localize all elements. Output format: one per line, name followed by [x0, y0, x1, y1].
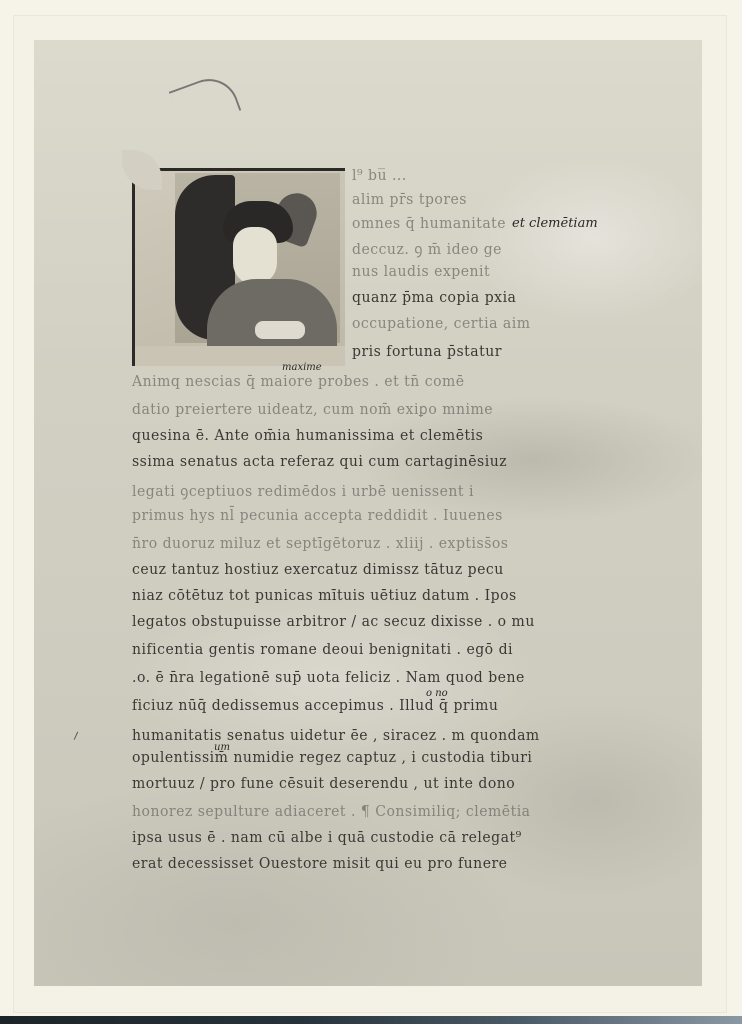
text-line: datio preiertere uideatz, cum nom̄ exiꝑo…	[132, 402, 493, 419]
column-line: nus laudis expenit	[352, 264, 490, 281]
portrait-face-icon	[233, 227, 277, 285]
illuminated-initial	[132, 168, 345, 366]
pen-flourish-icon	[169, 71, 242, 132]
text-line: primus hys nl̄ pecunia accepta reddidit …	[132, 508, 503, 525]
text-line: .o. ē n̄ra legationē sup̄ uota feliciz .…	[132, 670, 525, 687]
column-line: l⁹ bu̅ ...	[352, 168, 407, 185]
text-line: legatos obstupuisse arbitror / ac secuz …	[132, 614, 535, 631]
margin-mark-icon: ⸝	[66, 719, 83, 745]
text-line: opulentissim̄ numidie regez captuz , i c…	[132, 750, 532, 767]
column-line: deccuz. ꝯ m̄ ideo ge	[352, 240, 502, 260]
text-line: ipsa usus ē . nam cū albe i quā custodie…	[132, 830, 522, 847]
text-line: nificentia gentis romane deoui benignita…	[132, 642, 513, 659]
text-line: ssima senatus acta referaz qui cum carta…	[132, 454, 507, 471]
text-line: honorez sepulture adiaceret . ¶ Consimil…	[132, 804, 531, 821]
text-line: quesina ē. Ante om̄ia humanissima et cle…	[132, 428, 483, 445]
column-line: quanz p̄ma copia pxia	[352, 290, 516, 307]
text-line: Animq nescias q̄ maiore probes . et tn̄ …	[132, 374, 465, 391]
hands-icon	[255, 321, 305, 339]
manuscript-photo: l⁹ bu̅ ... alim pr̄s tpores omnes q̄ hum…	[34, 40, 702, 986]
text-line: n̄ro duoruz miluz et septīgētoruz . xlii…	[132, 536, 509, 553]
column-line: occupatione, certia aim	[352, 316, 531, 333]
interlinear-gloss: maxime	[282, 362, 322, 373]
text-line: ceuz tantuz hostiuz exercatuz dimissz tā…	[132, 562, 504, 579]
text-line: humanitatis senatus uidetur ēe , siracez…	[132, 728, 540, 745]
column-line: omnes q̄ humanitate	[352, 216, 506, 233]
text-line: legati ꝯceptiuos redimēdos i urbē ueniss…	[132, 482, 474, 502]
text-line: niaz cōtētuz tot punicas mītuis uētiuz d…	[132, 588, 517, 605]
marginal-gloss: et clemētiam	[512, 216, 598, 231]
text-line: ficiuz nūq̄ dedissemus accepimus . Illud…	[132, 698, 498, 715]
column-line: pris fortuna p̄statur	[352, 344, 502, 361]
acanthus-leaf-icon	[122, 150, 162, 190]
column-line: alim pr̄s tpores	[352, 192, 467, 209]
text-line: mortuuz / pro fune cēsuit deserendu , ut…	[132, 776, 515, 793]
text-line: erat decessisset Ouestore misit qui eu p…	[132, 856, 507, 873]
scan-bottom-strip	[0, 1016, 742, 1024]
